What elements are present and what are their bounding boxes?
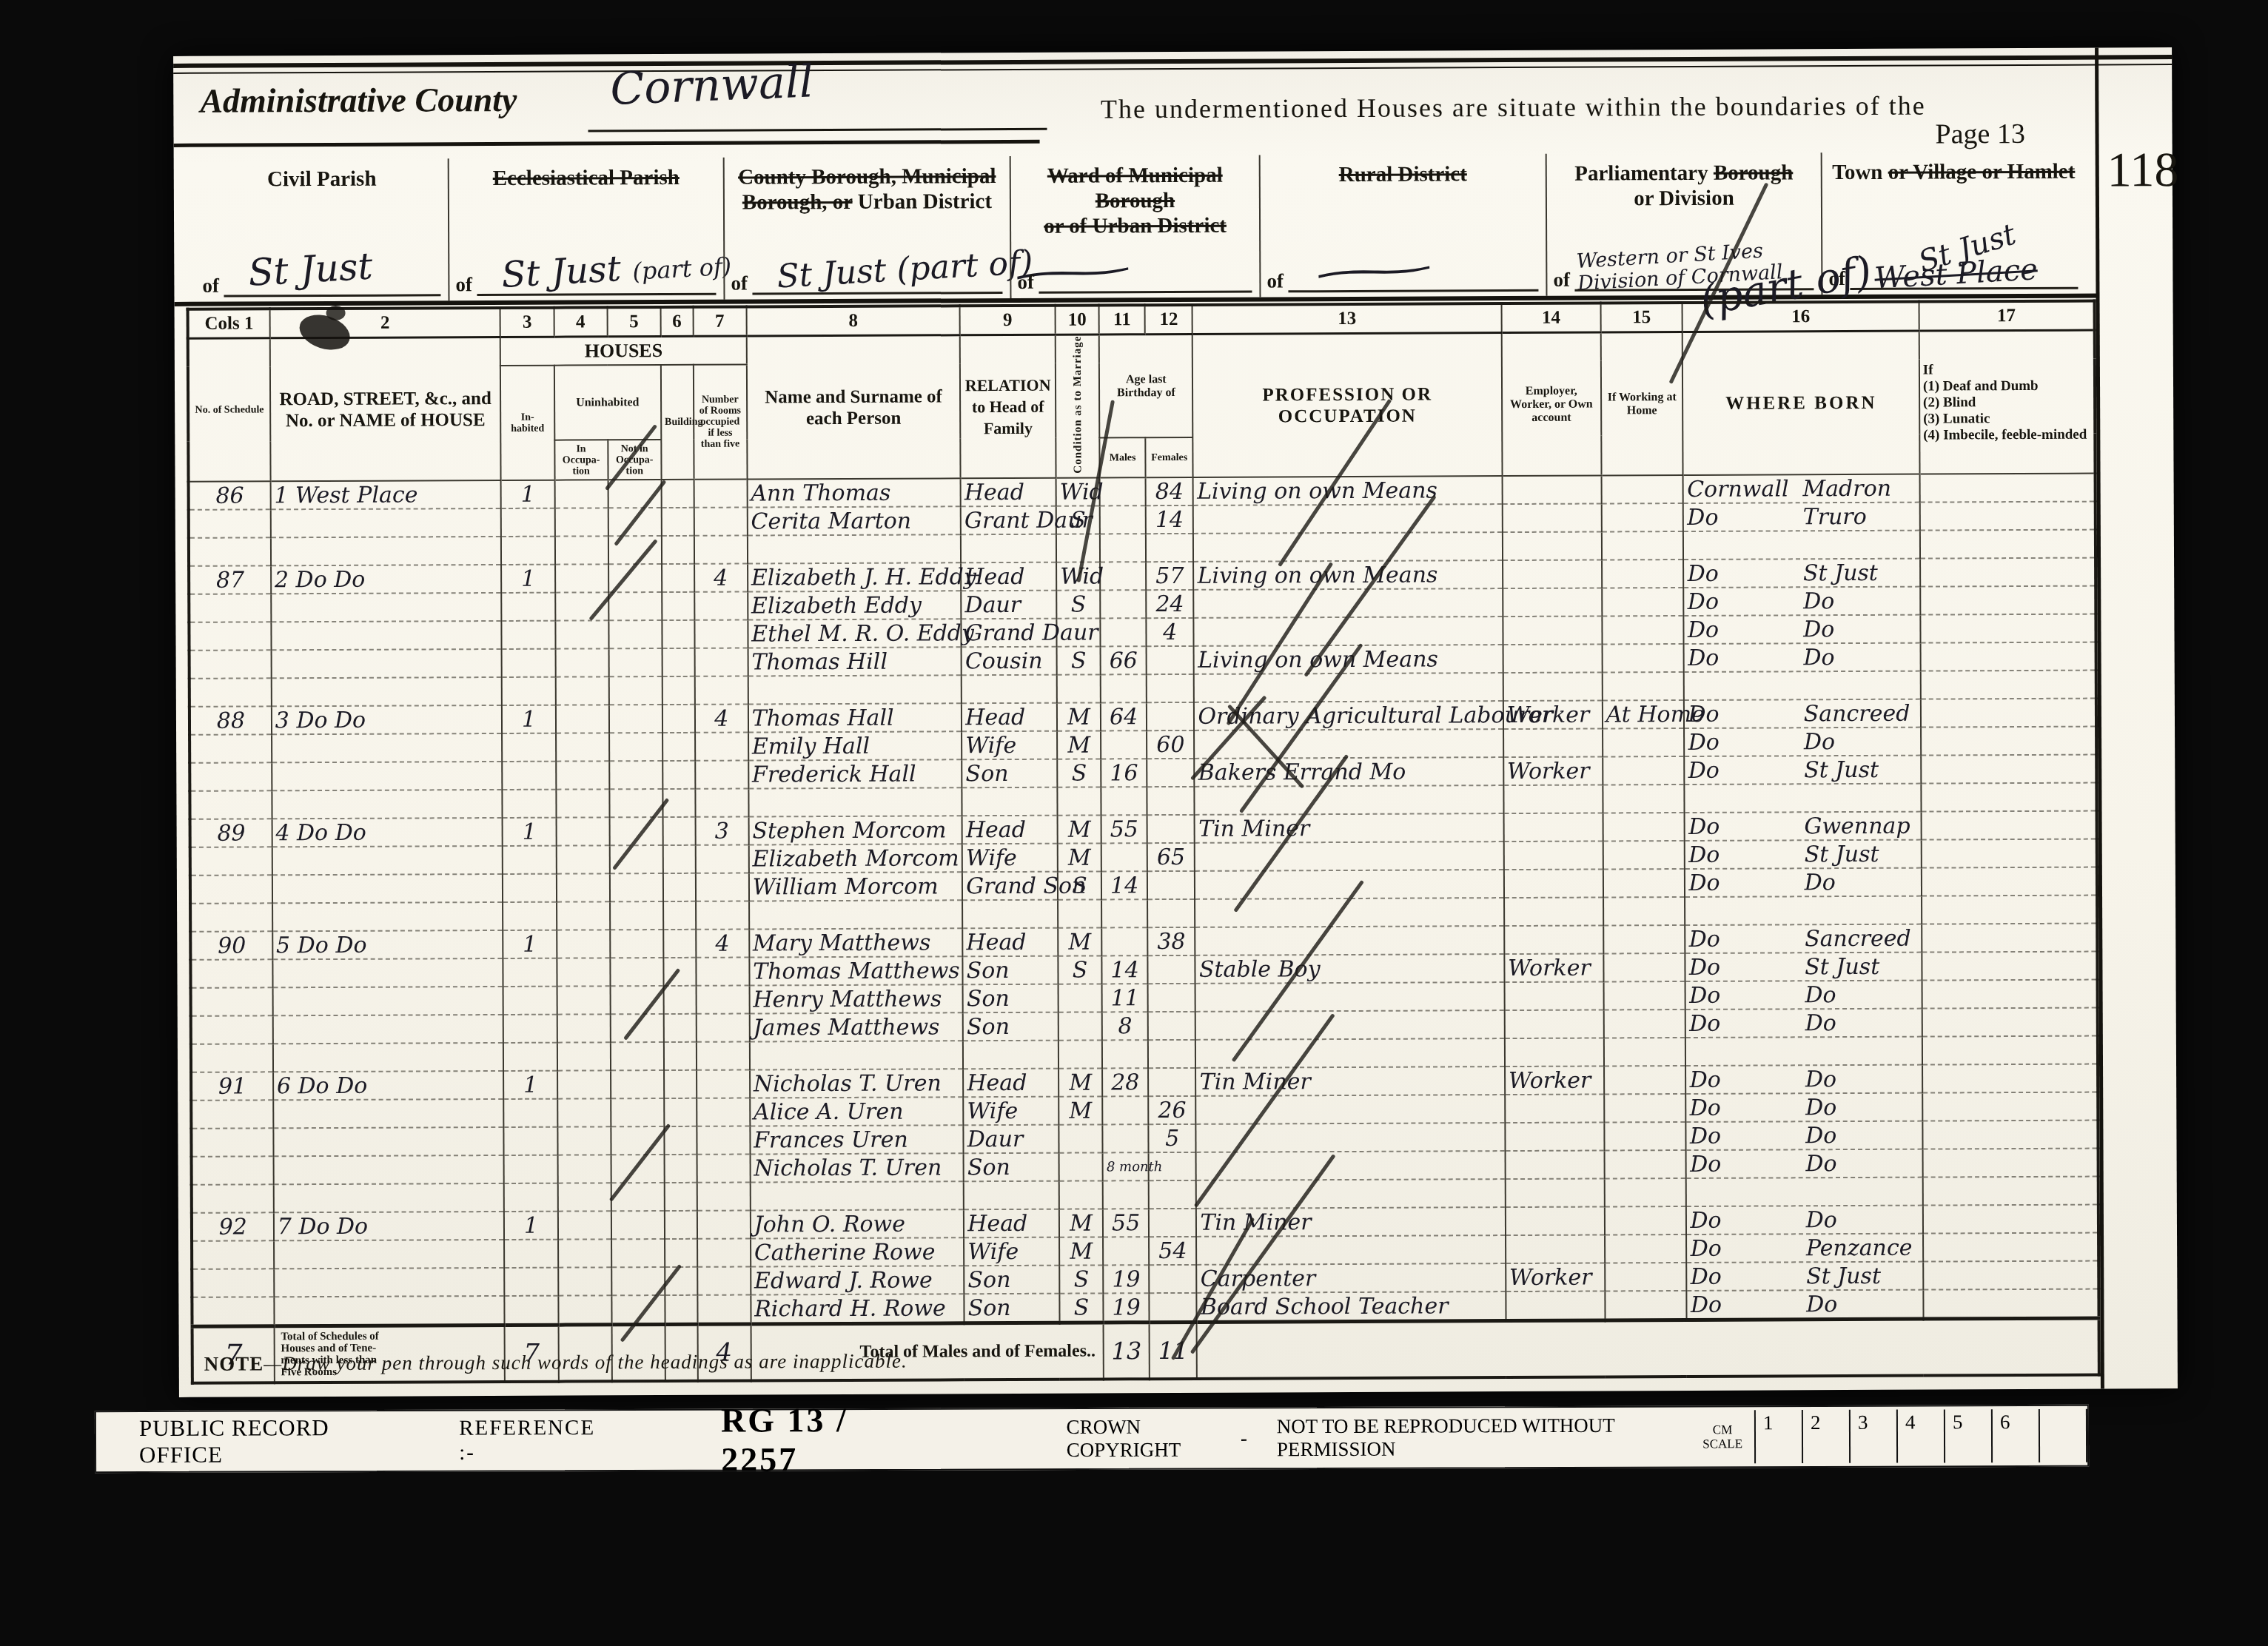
col-num: 13 <box>1192 303 1501 334</box>
cell-schedule <box>192 1156 274 1184</box>
public-record-office-bar: PUBLIC RECORD OFFICE REFERENCE :- RG 13 … <box>95 1405 2089 1473</box>
parliamentary-label-2: or Division <box>1547 185 1821 212</box>
col-num: 8 <box>746 306 960 336</box>
cell-infirmity <box>1920 586 2096 615</box>
col-num: 14 <box>1501 303 1600 332</box>
cell-condition <box>1059 1153 1103 1181</box>
cell-schedule <box>189 762 272 790</box>
cell-employer <box>1502 476 1601 505</box>
cell-name: Richard H. Rowe <box>751 1294 964 1324</box>
cell-schedule <box>192 1240 274 1269</box>
cell-schedule <box>190 875 272 903</box>
col-num: 12 <box>1145 305 1193 335</box>
cell-at-home <box>1603 1010 1685 1038</box>
cell-rooms <box>694 620 748 648</box>
cell-in-occupation <box>557 1211 611 1239</box>
cell-occupation: Tin Miner <box>1196 1066 1505 1096</box>
admin-rule <box>174 140 1040 147</box>
cell-relation <box>962 900 1058 929</box>
cell-in-occupation <box>558 1295 611 1325</box>
cell-not-in-occupation <box>610 901 663 930</box>
cell-at-home <box>1602 644 1684 672</box>
cell-schedule: 86 <box>189 481 271 509</box>
cell-in-occupation <box>557 930 610 958</box>
header-condition: Condition as to Marriage <box>1056 335 1100 478</box>
header-infirmity: If (1) Deaf and Dumb (2) Blind (3) Lunat… <box>1919 330 2096 474</box>
cell-age-male: 8 month <box>1103 1152 1149 1180</box>
cell-condition: M <box>1057 703 1101 731</box>
cell-relation: Son <box>963 984 1058 1013</box>
cell-condition: S <box>1056 591 1100 619</box>
cell-in-occupation <box>558 1239 611 1267</box>
cell-infirmity <box>1922 867 2097 896</box>
cell-schedule <box>191 1128 273 1156</box>
cell-rooms <box>694 508 747 536</box>
cell-rooms <box>697 1098 750 1126</box>
cell-building <box>663 986 696 1014</box>
cell-condition: S <box>1057 759 1101 787</box>
cell-name: Mary Matthews <box>749 928 963 957</box>
cell-not-in-occupation <box>611 1155 664 1183</box>
cell-building <box>662 564 694 592</box>
cell-name <box>748 534 962 563</box>
cell-building <box>662 817 695 845</box>
cell-in-occupation <box>556 873 609 901</box>
cell-inhabited <box>505 1296 558 1326</box>
cell-inhabited: 1 <box>502 565 555 593</box>
cell-relation: Son <box>964 1153 1059 1182</box>
cell-infirmity <box>1920 530 2096 559</box>
header-employer: Employer, Worker, or Own account <box>1501 332 1601 476</box>
cell-road <box>272 902 503 931</box>
cell-inhabited <box>503 762 556 790</box>
cell-inhabited: 1 <box>502 705 555 733</box>
cell-in-occupation <box>554 480 608 508</box>
cell-schedule <box>192 1184 274 1212</box>
cell-rooms: 4 <box>694 705 748 733</box>
cell-schedule <box>189 594 271 622</box>
cell-at-home <box>1603 785 1685 813</box>
cell-age-female: 54 <box>1149 1237 1197 1265</box>
cell-building <box>662 705 695 733</box>
cell-road: 4 Do Do <box>272 818 503 847</box>
cell-not-in-occupation <box>609 705 662 733</box>
cell-age-male <box>1102 1096 1148 1124</box>
cell-employer <box>1504 898 1603 927</box>
cell-inhabited <box>501 537 554 565</box>
cell-where-born: DoDo <box>1684 643 1921 672</box>
cell-in-occupation <box>557 1070 611 1098</box>
header-building: Building <box>661 365 694 480</box>
header-at-home: If Working at Home <box>1600 332 1683 476</box>
cell-rooms <box>695 789 748 817</box>
cell-schedule: 89 <box>190 819 272 847</box>
cell-building <box>664 1155 697 1183</box>
cell-age-male: 14 <box>1102 955 1148 984</box>
cell-where-born <box>1684 671 1921 700</box>
cell-name: Elizabeth Eddy <box>748 591 962 619</box>
cell-building <box>661 480 694 508</box>
parliamentary-label-1: Parliamentary Borough <box>1547 160 1821 187</box>
cell-employer <box>1505 1038 1604 1067</box>
cell-schedule <box>189 622 271 650</box>
cell-where-born: DoDo <box>1686 1206 1923 1234</box>
cell-road: 6 Do Do <box>273 1071 504 1100</box>
cell-relation <box>962 675 1057 704</box>
cell-at-home <box>1603 925 1685 953</box>
cell-relation: Head <box>962 703 1057 732</box>
rural-district-label: Rural District <box>1261 161 1546 188</box>
col-num: 7 <box>693 307 746 337</box>
cell-name: Frances Uren <box>750 1125 964 1154</box>
cell-schedule <box>189 678 272 706</box>
ward-label-1: Ward of Municipal Borough <box>1011 163 1259 214</box>
ink-blot <box>326 306 346 320</box>
cell-name: James Matthews <box>749 1012 963 1041</box>
cell-in-occupation <box>557 1126 611 1155</box>
cell-building <box>664 1014 697 1042</box>
cell-name <box>750 1041 964 1069</box>
cell-age-female <box>1149 1265 1197 1293</box>
cell-at-home <box>1605 1291 1687 1320</box>
cell-age-male: 16 <box>1101 759 1147 787</box>
cell-rooms <box>697 1239 751 1267</box>
cell-occupation <box>1194 617 1503 646</box>
cell-occupation <box>1195 926 1504 955</box>
pro-reference-label: REFERENCE :- <box>459 1416 595 1465</box>
cell-rooms <box>697 1126 750 1155</box>
cell-not-in-occupation <box>611 1070 664 1098</box>
cell-schedule <box>189 509 271 537</box>
cell-building <box>665 1295 697 1325</box>
header-name: Name and Surname of each Person <box>746 335 960 480</box>
cell-not-in-occupation <box>611 1098 664 1126</box>
cell-age-male <box>1100 477 1146 505</box>
cell-where-born <box>1685 1037 1922 1066</box>
cell-where-born <box>1686 1178 1923 1206</box>
header-born: WHERE BORN <box>1682 331 1919 475</box>
cell-not-in-occupation <box>611 1239 665 1267</box>
cell-age-female <box>1149 1180 1197 1209</box>
cell-at-home <box>1602 616 1684 644</box>
cell-occupation <box>1195 729 1503 759</box>
cell-at-home <box>1603 841 1685 869</box>
cell-road: 7 Do Do <box>274 1212 505 1240</box>
cell-schedule <box>192 1269 274 1297</box>
cell-occupation <box>1196 1179 1505 1209</box>
cell-schedule <box>189 650 272 678</box>
cell-name: Cerita Marton <box>747 506 961 535</box>
cell-infirmity <box>1921 699 2096 728</box>
cell-age-female: 5 <box>1148 1124 1196 1152</box>
cell-in-occupation <box>555 705 608 733</box>
cell-name: Stephen Morcom <box>748 816 962 844</box>
cell-relation: Son <box>962 759 1057 788</box>
note-line: NOTE—Draw your pen through such words of… <box>204 1350 907 1376</box>
cell-name: Elizabeth Morcom <box>748 844 962 873</box>
cell-relation <box>962 787 1058 816</box>
underline <box>224 286 441 297</box>
cell-infirmity <box>1920 558 2096 587</box>
cell-at-home <box>1603 813 1685 841</box>
cell-age-female: 24 <box>1146 590 1194 618</box>
cell-rooms <box>694 648 748 676</box>
cell-age-female <box>1148 984 1196 1012</box>
cell-road <box>272 762 503 790</box>
cell-road <box>271 621 502 650</box>
cell-rooms <box>697 1295 751 1325</box>
cell-name: William Morcom <box>749 872 963 901</box>
col-num: 15 <box>1600 303 1682 332</box>
cell-occupation <box>1193 504 1502 534</box>
cell-infirmity <box>1922 1092 2098 1121</box>
cell-infirmity <box>1923 1289 2098 1320</box>
folio-stamp: 118 <box>2107 142 2179 198</box>
cell-infirmity <box>1921 783 2096 812</box>
cell-rooms: 4 <box>696 930 749 958</box>
cell-age-male <box>1103 1124 1149 1152</box>
cell-road <box>273 1183 504 1212</box>
cell-relation: Head <box>961 478 1056 507</box>
cell-employer: Worker <box>1504 954 1603 983</box>
cell-infirmity <box>1920 642 2096 671</box>
cell-inhabited <box>503 1015 557 1043</box>
cell-schedule <box>189 537 271 565</box>
cell-at-home <box>1601 475 1683 503</box>
cell-inhabited <box>503 874 556 902</box>
cell-age-male <box>1102 1040 1148 1068</box>
cell-condition: M <box>1058 1069 1102 1097</box>
cell-condition: S <box>1057 647 1101 675</box>
cell-employer <box>1503 842 1603 870</box>
cell-age-female <box>1147 702 1195 730</box>
cell-not-in-occupation <box>608 592 662 620</box>
cell-relation: Head <box>963 1069 1058 1098</box>
cell-relation: Head <box>962 928 1058 957</box>
cell-in-occupation <box>554 536 608 564</box>
header-road: ROAD, STREET, &c., and No. or NAME of HO… <box>269 337 501 481</box>
cell-infirmity <box>1923 1261 2098 1290</box>
cell-employer <box>1506 1207 1605 1236</box>
cell-at-home <box>1602 531 1684 560</box>
cell-rooms <box>697 1183 750 1211</box>
cell-relation: Son <box>964 1294 1060 1323</box>
cell-where-born: DoSt Just <box>1684 559 1921 588</box>
cell-rooms <box>694 480 747 508</box>
cell-road <box>271 649 502 678</box>
ruler-cell: 1 <box>1756 1410 1803 1463</box>
cell-employer <box>1503 645 1602 673</box>
cell-condition <box>1058 1125 1102 1153</box>
cell-relation: Wife <box>964 1237 1059 1266</box>
cell-where-born: DoDo <box>1684 587 1921 616</box>
cell-inhabited <box>502 621 555 649</box>
cell-age-female: 14 <box>1146 505 1194 534</box>
cell-age-male: 19 <box>1104 1293 1150 1323</box>
cell-employer <box>1505 1123 1604 1152</box>
pro-separator: - <box>1241 1427 1247 1450</box>
cell-at-home: At Home <box>1603 700 1685 728</box>
cell-relation <box>961 534 1056 563</box>
cell-name: Nicholas T. Uren <box>750 1069 964 1098</box>
pro-office-label: PUBLIC RECORD OFFICE <box>139 1414 348 1468</box>
cell-name <box>750 1181 964 1210</box>
cell-building <box>662 620 694 648</box>
cell-not-in-occupation <box>609 761 662 789</box>
cell-building <box>662 508 694 536</box>
col-num: 16 <box>1682 302 1919 332</box>
col-num: 11 <box>1099 305 1145 335</box>
header-in-occupation: In Occupa-tion <box>554 440 608 480</box>
cell-relation: Son <box>963 1012 1058 1041</box>
cell-age-female <box>1148 1012 1196 1040</box>
cell-building <box>663 873 696 901</box>
cell-rooms <box>697 1155 750 1183</box>
cell-employer <box>1502 504 1601 533</box>
cell-road: 2 Do Do <box>271 565 502 594</box>
cell-not-in-occupation <box>611 1211 665 1239</box>
cell-name: Ethel M. R. O. Eddy <box>748 619 962 648</box>
cell-condition <box>1056 534 1100 562</box>
cell-in-occupation <box>554 508 608 536</box>
cell-age-male: 8 <box>1102 1012 1148 1040</box>
cell-employer <box>1503 673 1602 702</box>
cell-name: Edward J. Rowe <box>751 1266 964 1294</box>
cell-relation: Grant Daur <box>961 506 1056 535</box>
county-borough-cell: County Borough, Municipal Borough, or Ur… <box>723 156 1010 300</box>
header-occupation: PROFESSION OR OCCUPATION <box>1192 333 1502 477</box>
cell-where-born: DoDo <box>1686 1093 1923 1122</box>
cell-occupation <box>1195 1010 1504 1040</box>
cell-employer <box>1504 870 1603 898</box>
cell-schedule: 88 <box>189 706 272 734</box>
cell-in-occupation <box>556 845 609 873</box>
cell-infirmity <box>1920 614 2096 643</box>
cell-employer <box>1505 1179 1604 1208</box>
cell-at-home <box>1603 953 1685 981</box>
cell-employer: Worker <box>1503 701 1603 730</box>
cell-occupation: Tin Miner <box>1195 813 1503 843</box>
cell-age-male: 64 <box>1101 702 1147 730</box>
cell-schedule <box>192 1297 274 1326</box>
cell-where-born: DoDo <box>1686 1065 1923 1094</box>
cell-schedule <box>189 734 272 762</box>
cell-road: 1 West Place <box>270 480 501 509</box>
cell-rooms <box>696 958 749 986</box>
cell-age-female: 26 <box>1148 1096 1196 1124</box>
cell-name: Catherine Rowe <box>751 1237 964 1266</box>
cell-rooms: 3 <box>695 817 748 845</box>
cell-employer <box>1504 1010 1603 1039</box>
cell-condition <box>1057 787 1101 816</box>
county-borough-label-1: County Borough, Municipal <box>725 164 1010 190</box>
cell-at-home <box>1602 672 1684 700</box>
cell-inhabited <box>503 958 557 987</box>
cell-age-male <box>1100 562 1146 590</box>
cell-occupation <box>1194 673 1503 702</box>
cell-schedule: 92 <box>192 1212 274 1240</box>
cell-schedule <box>191 1015 273 1044</box>
ruler-cell <box>2040 1409 2087 1462</box>
cell-age-female: 84 <box>1146 477 1194 505</box>
cell-road <box>273 1155 504 1184</box>
cell-schedule <box>191 1100 273 1128</box>
ruler-cell: 4 <box>1898 1409 1945 1462</box>
cell-in-occupation <box>556 789 609 817</box>
cell-not-in-occupation <box>609 733 662 761</box>
cell-rooms <box>696 986 749 1014</box>
cell-employer: Worker <box>1506 1263 1605 1292</box>
col-num: 9 <box>960 306 1056 335</box>
cell-in-occupation <box>555 620 608 648</box>
cell-building <box>662 536 694 564</box>
cell-occupation: Living on own Means <box>1193 476 1502 505</box>
cell-at-home <box>1604 1038 1686 1066</box>
cell-at-home <box>1602 560 1684 588</box>
ruler-cell: 3 <box>1851 1410 1898 1463</box>
cell-where-born: DoGwennap <box>1685 812 1922 841</box>
header-schedule: No. of Schedule <box>188 338 271 482</box>
cell-inhabited <box>504 1099 557 1127</box>
cell-employer <box>1503 813 1603 842</box>
cell-in-occupation <box>557 986 610 1014</box>
cell-age-male <box>1101 787 1147 815</box>
cell-employer: Worker <box>1505 1066 1604 1095</box>
cell-in-occupation <box>556 761 609 789</box>
cell-at-home <box>1604 1094 1686 1122</box>
cell-age-male: 66 <box>1101 646 1147 674</box>
cell-rooms <box>697 1267 751 1295</box>
cell-employer <box>1503 588 1602 617</box>
cell-relation: Head <box>964 1209 1059 1238</box>
cell-schedule <box>190 959 272 987</box>
cell-name: Thomas Hall <box>748 703 962 732</box>
cell-infirmity <box>1922 980 2097 1009</box>
cell-occupation: Stable Boy <box>1195 954 1504 984</box>
cell-infirmity <box>1922 1064 2098 1093</box>
cell-road <box>271 593 502 622</box>
cell-where-born: DoSt Just <box>1687 1262 1924 1291</box>
cell-not-in-occupation <box>608 620 662 648</box>
cell-rooms <box>696 901 749 930</box>
cell-inhabited: 1 <box>504 1212 557 1240</box>
header-age: Age last Birthday of <box>1099 334 1193 437</box>
cell-in-occupation <box>555 648 608 676</box>
cell-in-occupation <box>556 733 609 761</box>
cell-age-male <box>1101 730 1147 759</box>
cell-infirmity <box>1921 755 2096 784</box>
cell-condition: S <box>1059 1266 1103 1294</box>
cell-employer: Worker <box>1503 757 1603 786</box>
cell-employer <box>1503 532 1602 561</box>
cell-schedule <box>191 987 273 1015</box>
cell-occupation: Living on own Means <box>1194 560 1503 590</box>
cell-rooms <box>697 1211 750 1239</box>
cell-infirmity <box>1922 1036 2098 1065</box>
header-inhabited: In-habited <box>500 366 554 480</box>
cell-inhabited <box>504 1155 557 1183</box>
cell-infirmity <box>1919 474 2095 503</box>
cell-not-in-occupation <box>608 648 662 676</box>
cell-building <box>665 1211 697 1239</box>
cell-infirmity <box>1922 1121 2098 1149</box>
cell-age-male <box>1103 1180 1149 1209</box>
cell-condition: M <box>1057 731 1101 759</box>
civil-parish-cell: Civil Parish St Just of <box>196 158 449 301</box>
cell-road: 3 Do Do <box>272 705 503 734</box>
cell-name: Nicholas T. Uren <box>750 1153 964 1182</box>
cell-in-occupation <box>557 901 610 930</box>
